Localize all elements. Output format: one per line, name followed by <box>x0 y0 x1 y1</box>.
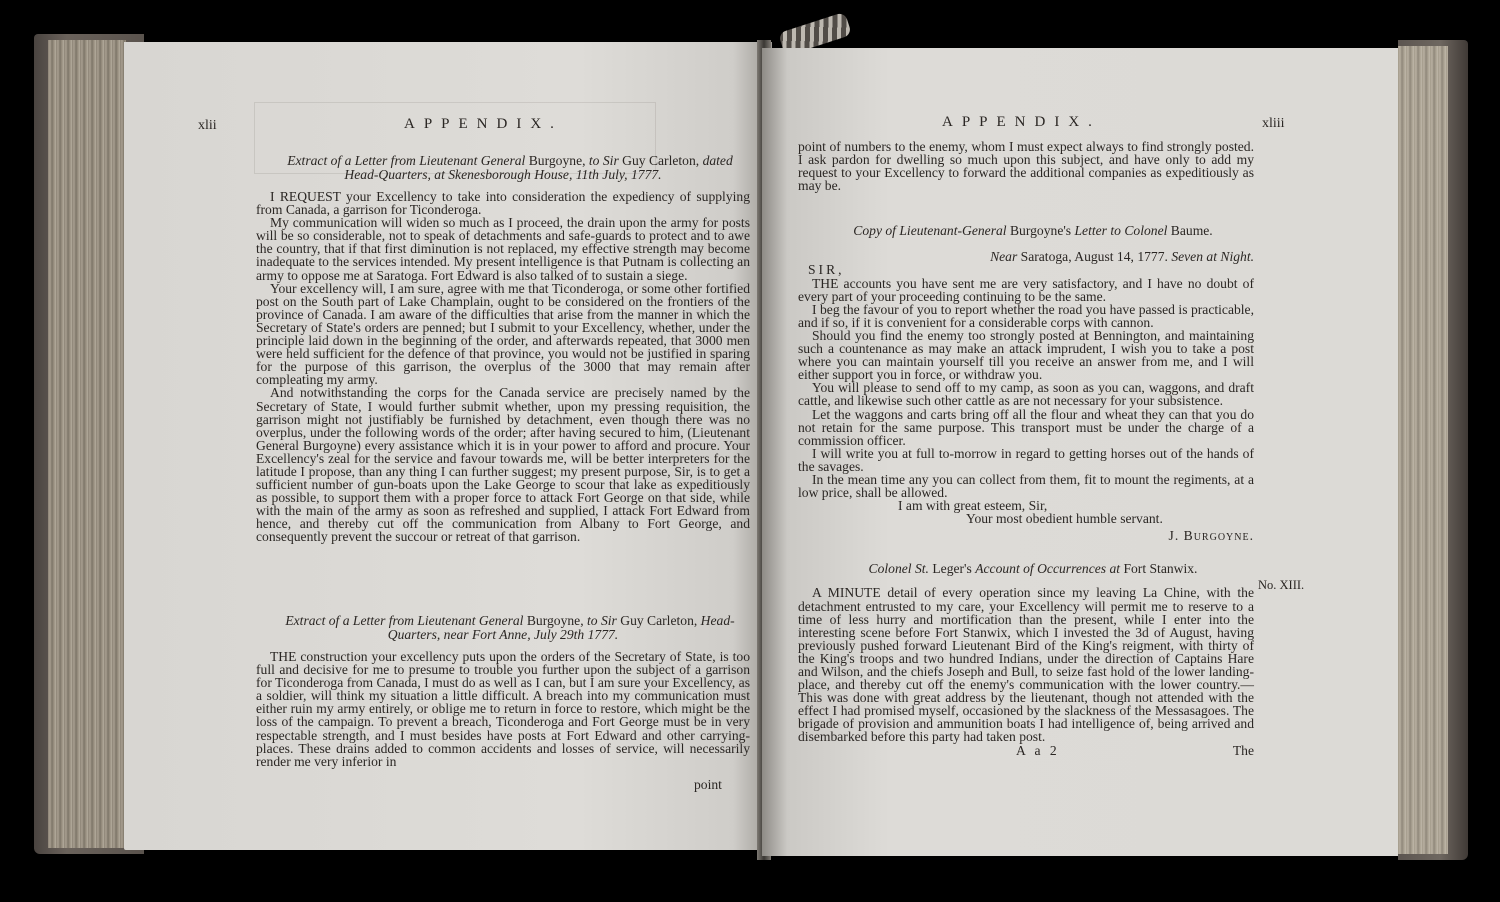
catchword-right: The <box>1233 744 1254 757</box>
left-text-block-2: Extract of a Letter from Lieutenant Gene… <box>256 614 750 768</box>
salutation: SIR, <box>798 263 1254 276</box>
heading-fragment: Saratoga, August 14, 1777. <box>1021 249 1172 264</box>
dateline: Near Saratoga, August 14, 1777. Seven at… <box>798 250 1254 263</box>
paragraph: I REQUEST your Excellency to take into c… <box>256 190 750 216</box>
heading-fragment: Letter to Colonel <box>1075 223 1171 238</box>
heading-fragment: Copy of Lieutenant-General <box>853 223 1010 238</box>
section-heading-1: Extract of a Letter from Lieutenant Gene… <box>256 154 750 182</box>
account-paragraph: A MINUTE detail of every operation since… <box>798 586 1254 743</box>
right-page: APPENDIX. xliii point of numbers to the … <box>762 48 1398 856</box>
heading-fragment: Fort Stanwix. <box>1123 561 1197 576</box>
running-head-left: APPENDIX. <box>404 116 563 133</box>
heading-fragment: Burgoyne, <box>527 613 587 628</box>
heading-fragment: Seven at Night. <box>1171 249 1254 264</box>
heading-fragment: Leger's <box>932 561 975 576</box>
folio-right: xliii <box>1262 116 1285 132</box>
heading-fragment: Colonel St. <box>869 561 933 576</box>
paragraph: Let the waggons and carts bring off all … <box>798 408 1254 447</box>
signature-mark: A a 2 <box>1016 744 1060 757</box>
account-heading: Colonel St. Leger's Account of Occurrenc… <box>798 562 1254 576</box>
paragraph: In the mean time any you can collect fro… <box>798 473 1254 499</box>
heading-fragment: Baume. <box>1171 223 1213 238</box>
catchword-left: point <box>694 777 722 793</box>
folio-left: xlii <box>198 118 217 134</box>
heading-fragment: Burgoyne's <box>1010 223 1075 238</box>
paragraph: Should you find the enemy too strongly p… <box>798 329 1254 381</box>
paragraph: I beg the favour of you to report whethe… <box>798 303 1254 329</box>
signature: J. Burgoyne. <box>798 529 1254 542</box>
heading-fragment: Guy Carleton, <box>620 613 700 628</box>
paragraph: I will write you at full to-morrow in re… <box>798 447 1254 473</box>
heading-fragment: Extract of a Letter from Lieutenant Gene… <box>285 613 527 628</box>
margin-number: No. XIII. <box>1258 578 1304 593</box>
paragraph: Your excellency will, I am sure, agree w… <box>256 282 750 387</box>
heading-fragment: to Sir <box>589 153 622 168</box>
letter-body: THE accounts you have sent me are very s… <box>798 277 1254 500</box>
section-2-body: THE construction your excellency puts up… <box>256 650 750 768</box>
left-page: xlii APPENDIX. Extract of a Letter from … <box>124 42 772 850</box>
page-edges-right <box>1398 46 1448 854</box>
heading-fragment: Burgoyne, <box>529 153 589 168</box>
left-text-block: Extract of a Letter from Lieutenant Gene… <box>256 154 750 544</box>
paragraph: THE accounts you have sent me are very s… <box>798 277 1254 303</box>
heading-fragment: Guy Carleton, <box>622 153 702 168</box>
letter-heading: Copy of Lieutenant-General Burgoyne's Le… <box>798 224 1254 238</box>
paragraph: And notwithstanding the corps for the Ca… <box>256 386 750 543</box>
closing-line-2: Your most obedient humble servant. <box>798 512 1254 525</box>
page-footer: A a 2 The <box>798 744 1254 758</box>
paragraph: THE construction your excellency puts up… <box>256 650 750 768</box>
heading-fragment: to Sir <box>587 613 620 628</box>
heading-fragment: Extract of a Letter from Lieutenant Gene… <box>287 153 529 168</box>
heading-fragment: Account of Occurrences at <box>975 561 1123 576</box>
section-heading-2: Extract of a Letter from Lieutenant Gene… <box>256 614 750 642</box>
paragraph: You will please to send off to my camp, … <box>798 381 1254 407</box>
paragraph: My communication will widen so much as I… <box>256 216 750 281</box>
open-book: xlii APPENDIX. Extract of a Letter from … <box>0 0 1500 902</box>
continuation-paragraph: point of numbers to the enemy, whom I mu… <box>798 140 1254 192</box>
page-edges-left <box>48 40 126 848</box>
heading-fragment: Near <box>990 249 1021 264</box>
section-1-body: I REQUEST your Excellency to take into c… <box>256 190 750 544</box>
right-text-block: point of numbers to the enemy, whom I mu… <box>798 140 1254 758</box>
running-head-right: APPENDIX. <box>942 114 1101 131</box>
